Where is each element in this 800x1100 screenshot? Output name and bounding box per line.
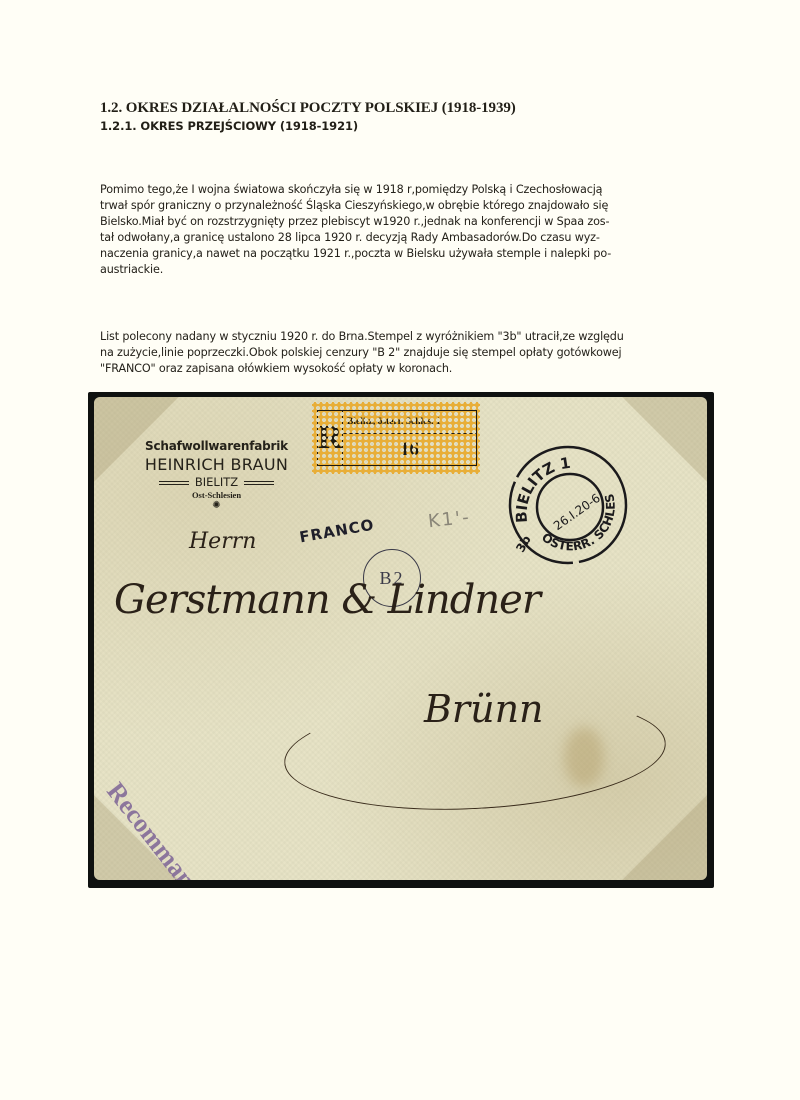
intro-line: Pomimo tego,że I wojna światowa skończył… — [100, 182, 720, 198]
handwritten-city: Brünn — [424, 687, 544, 731]
sender-imprint: Schafwollwarenfabrik HEINRICH BRAUN BIEL… — [139, 439, 294, 511]
postmark-distinguisher: 3b — [513, 533, 534, 555]
registration-label-body: Bielitz, österr. Schles. 1 16 — [343, 411, 476, 465]
intro-line: Bielsko.Miał być on rozstrzygnięty przez… — [100, 214, 720, 230]
sunburst-ornament-icon: ✺ — [139, 500, 294, 511]
caption-line: List polecony nadany w styczniu 1920 r. … — [100, 329, 720, 345]
envelope-caption: List polecony nadany w styczniu 1920 r. … — [100, 329, 720, 377]
envelope-corner-shadow — [622, 795, 707, 880]
caption-line: "FRANCO" oraz zapisana ołówkiem wysokość… — [100, 361, 720, 377]
section-title: 1.2. OKRES DZIAŁALNOŚCI POCZTY POLSKIEJ … — [100, 100, 516, 117]
caption-line: na zużycie,linie poprzeczki.Obok polskie… — [100, 345, 720, 361]
registration-office: Bielitz, österr. Schles. 1 — [343, 411, 476, 434]
registration-number: 16 — [343, 434, 476, 465]
sender-company-type: Schafwollwarenfabrik — [139, 439, 294, 453]
intro-line: austriackie. — [100, 262, 720, 278]
registration-label: R Bielitz, österr. Schles. 1 16 — [312, 402, 480, 474]
sender-name: HEINRICH BRAUN — [139, 455, 294, 474]
intro-line: naczenia granicy,a nawet na początku 192… — [100, 246, 720, 262]
sender-region: Ost-Schlesien — [139, 490, 294, 500]
handwritten-salutation: Herrn — [189, 529, 256, 554]
registration-label-frame: R Bielitz, österr. Schles. 1 16 — [317, 410, 477, 466]
sender-city-row: BIELITZ — [139, 475, 294, 489]
registration-letter: R — [318, 411, 343, 465]
envelope-image: Schafwollwarenfabrik HEINRICH BRAUN BIEL… — [94, 397, 707, 880]
envelope-corner-shadow — [622, 397, 707, 482]
franco-handstamp: FRANCO — [298, 516, 376, 547]
sender-city: BIELITZ — [195, 475, 238, 489]
intro-line: tał odwołany,a granicę ustalono 28 lipca… — [100, 230, 720, 246]
handwritten-recipient: Gerstmann & Lindner — [114, 577, 540, 623]
subsection-title: 1.2.1. OKRES PRZEJŚCIOWY (1918-1921) — [100, 119, 358, 133]
ornament-rule — [244, 481, 274, 485]
postmark-cancellation: BIELITZ 1 ÖSTERR. SCHLES. 26.I.20-6 3b — [502, 437, 634, 569]
ornament-rule — [159, 481, 189, 485]
envelope-mount: Schafwollwarenfabrik HEINRICH BRAUN BIEL… — [88, 392, 714, 888]
intro-line: trwał spór graniczny o przynależność Ślą… — [100, 198, 720, 214]
intro-paragraph: Pomimo tego,że I wojna światowa skończył… — [100, 182, 720, 278]
pencil-fee-notation: K1'- — [427, 507, 472, 532]
